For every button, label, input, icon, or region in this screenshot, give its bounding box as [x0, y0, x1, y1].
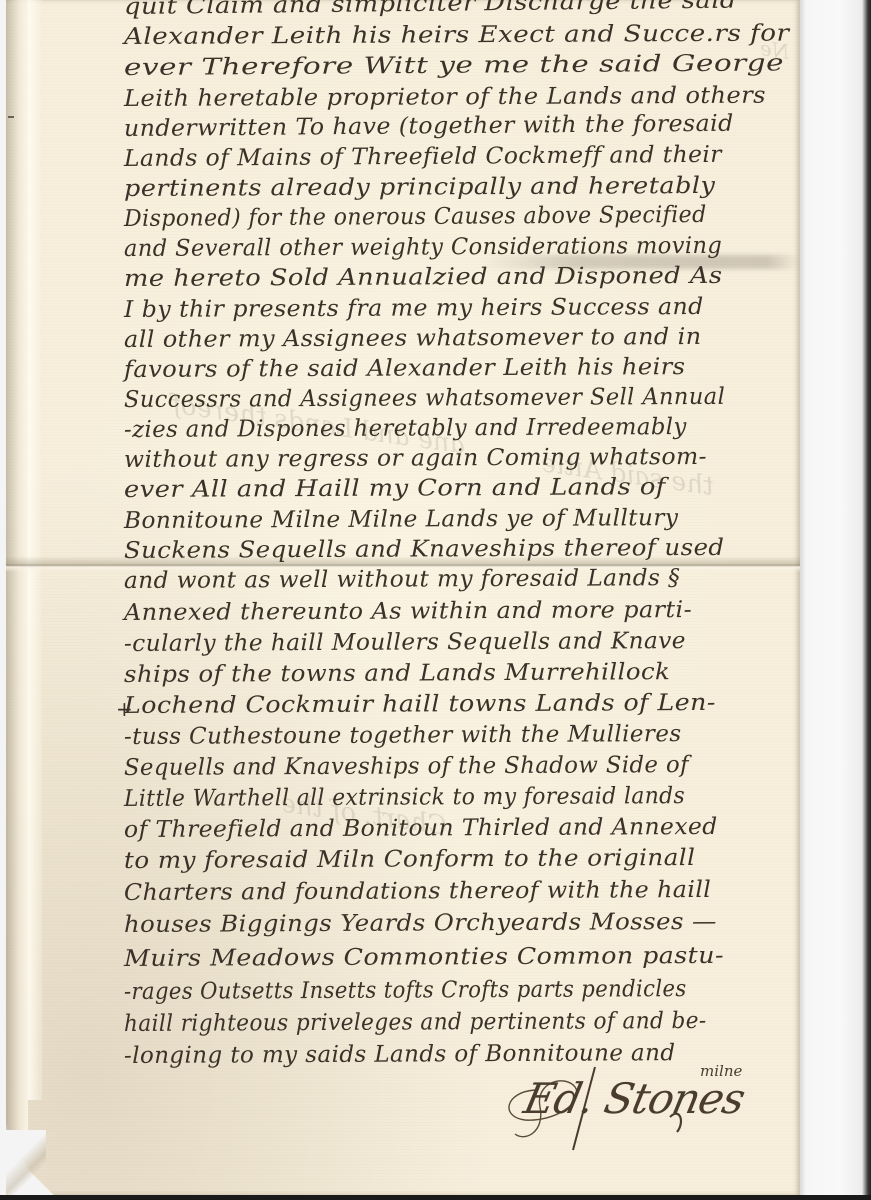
- text-line: all other my Assignees whatsomever to an…: [124, 324, 702, 353]
- text-line: Annexed thereunto As within and more par…: [124, 597, 692, 626]
- text-line: pertinents already principally and heret…: [124, 173, 715, 202]
- scan-bottom-edge: [0, 1195, 871, 1200]
- text-line: Disponed) for the onerous Causes above S…: [124, 202, 707, 232]
- text-line: favours of the said Alexander Leith his …: [124, 354, 686, 383]
- text-line: Muirs Meadows Commonties Common pastu-: [124, 943, 724, 972]
- ink-spot: [8, 116, 14, 118]
- signature-name: Ed. Stones: [520, 1074, 749, 1123]
- text-line: Charters and foundations thereof with th…: [124, 877, 711, 906]
- text-line: Lochend Cockmuir haill towns Lands of Le…: [124, 690, 716, 719]
- text-line: me hereto Sold Annualzied and Disponed A…: [124, 263, 723, 292]
- text-line: Leith heretable proprietor of the Lands …: [124, 83, 766, 112]
- text-line: houses Biggings Yeards Orchyeards Mosses…: [124, 909, 717, 938]
- text-line: Alexander Leith his heirs Exect and Succ…: [124, 21, 790, 50]
- text-line: Little Warthell all extrinsick to my for…: [124, 783, 685, 812]
- margin-cross-mark: +: [116, 697, 133, 721]
- text-line: ever All and Haill my Corn and Lands of: [124, 474, 666, 503]
- text-line: without any regress or again Coming what…: [124, 444, 707, 473]
- text-line: and wont as well without my foresaid Lan…: [124, 565, 680, 594]
- text-line: -cularly the haill Moullers Sequells and…: [124, 628, 686, 657]
- text-line: I by thir presents fra me my heirs Succe…: [124, 294, 704, 323]
- text-line: Successrs and Assignees whatsomever Sell…: [124, 384, 725, 413]
- text-line: Sequells and Knaveships of the Shadow Si…: [124, 752, 689, 781]
- signature-suffix: milne: [700, 1062, 742, 1080]
- text-line: haill righteous priveleges and pertinent…: [124, 1008, 707, 1037]
- text-line: -rages Outsetts Insetts tofts Crofts par…: [124, 976, 687, 1005]
- signature: Ed. Stones milne: [495, 1062, 755, 1152]
- scanner-border: [800, 0, 871, 1195]
- text-line: underwritten To have (together with the …: [124, 111, 734, 142]
- text-line: ever Therefore Witt ye me the said Georg…: [124, 50, 784, 81]
- paper-crease: [28, 0, 42, 1100]
- text-line: -tuss Cuthestoune together with the Mull…: [124, 721, 682, 750]
- text-line: to my foresaid Miln Conform to the origi…: [124, 845, 696, 874]
- text-line: and Severall other weighty Consideration…: [124, 233, 722, 262]
- text-line: ships of the towns and Lands Murrehilloc…: [124, 659, 670, 688]
- text-line: Bonnitoune Milne Milne Lands ye of Mullt…: [124, 505, 679, 534]
- torn-corner: [6, 1130, 46, 1195]
- text-line: -zies and Dispones heretably and Irredee…: [124, 414, 687, 443]
- text-line: of Threefield and Bonitoun Thirled and A…: [124, 814, 718, 843]
- text-line: Suckens Sequells and Knaveships thereof …: [124, 535, 725, 564]
- text-line: Lands of Mains of Threefield Cockmeff an…: [124, 142, 722, 172]
